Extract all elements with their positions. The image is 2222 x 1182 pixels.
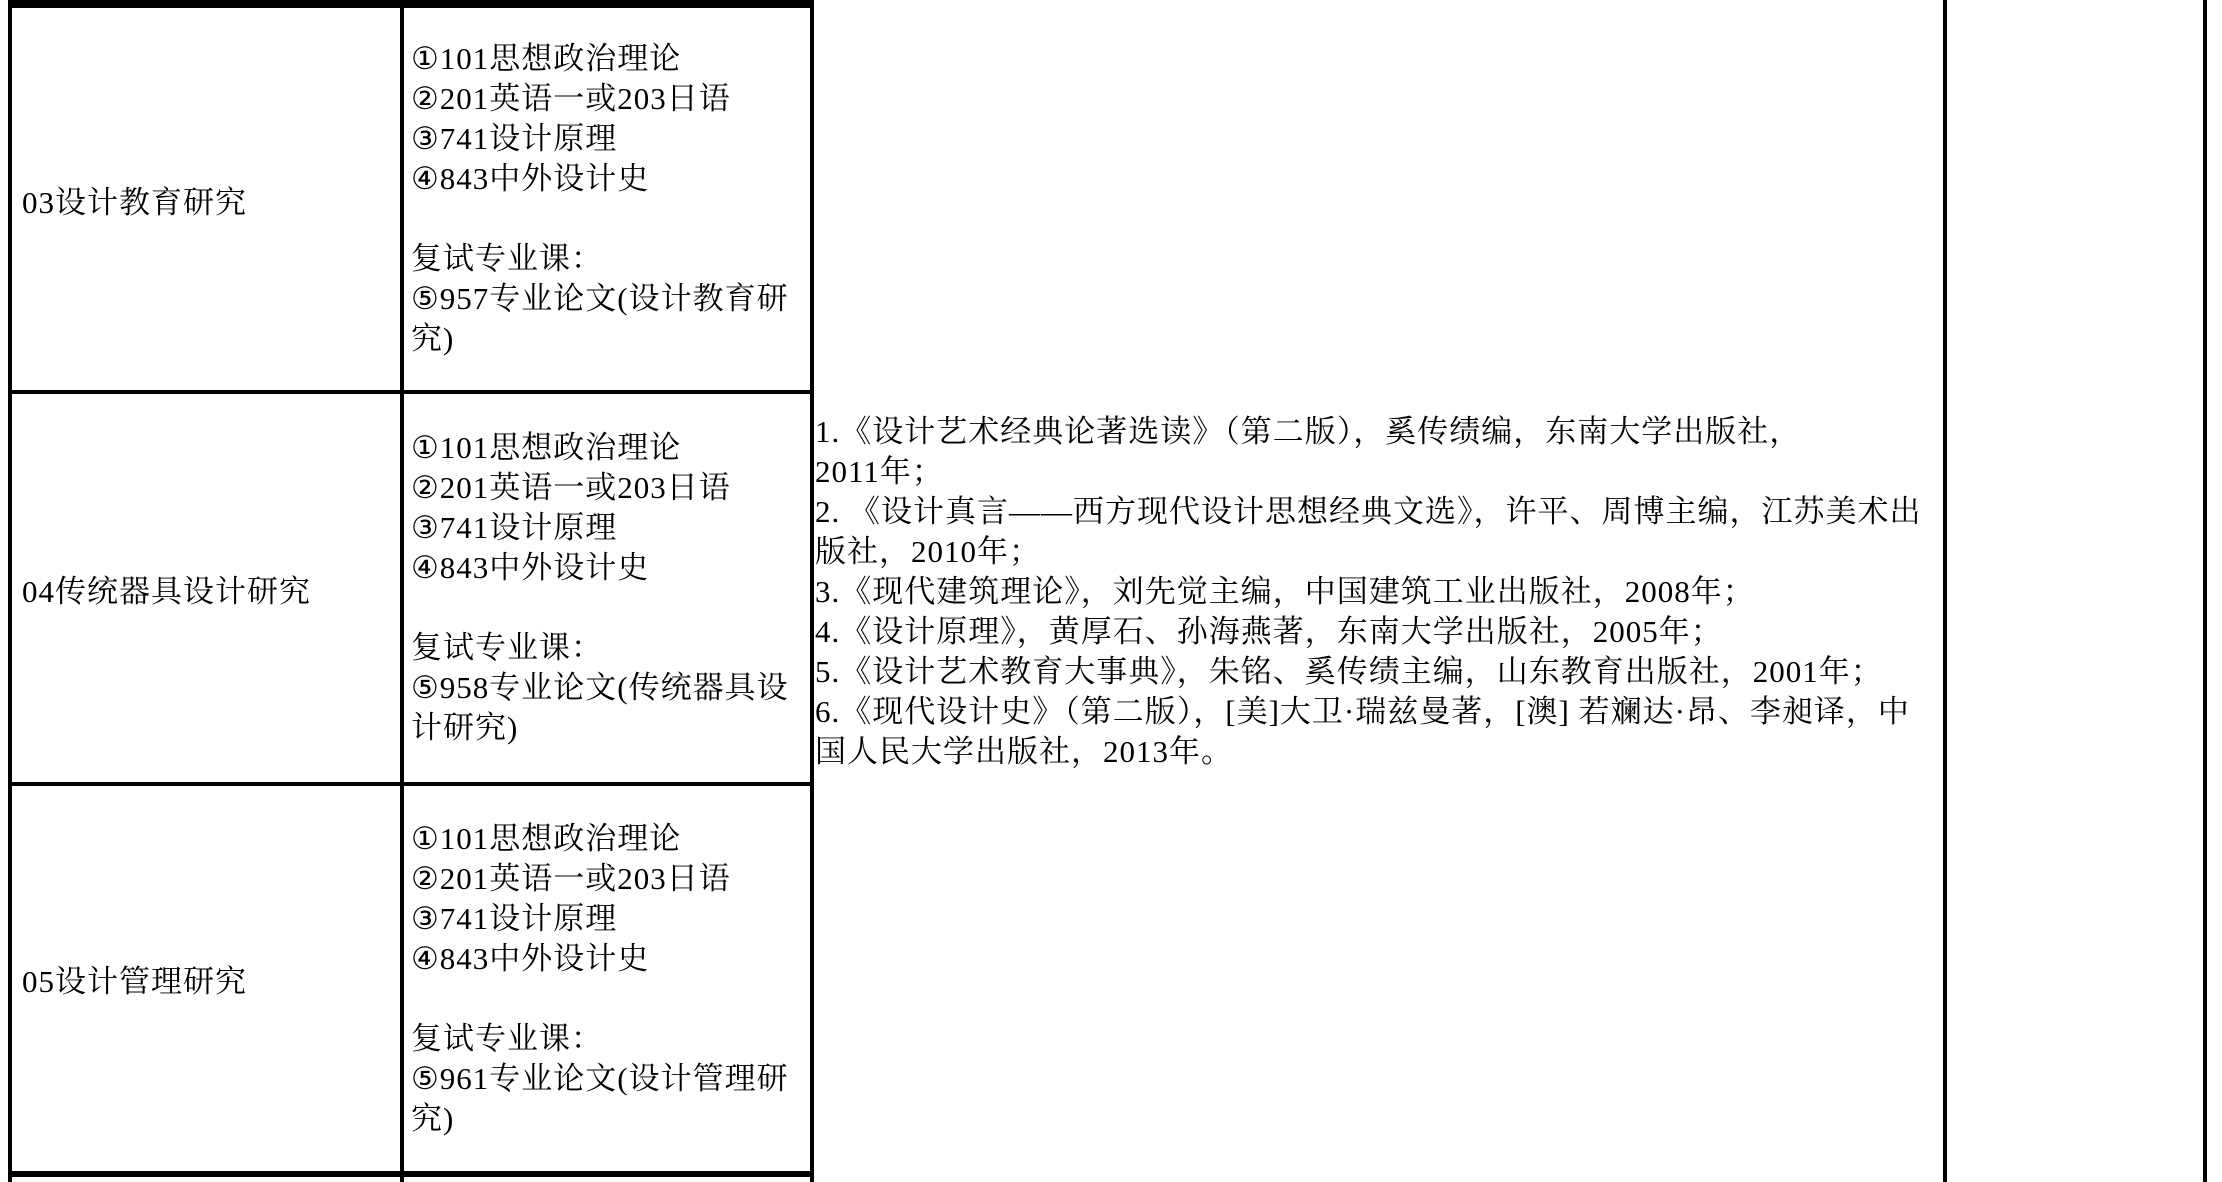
reference-line: 1.《设计艺术经典论著选读》（第二版），奚传绩编，东南大学出版社， bbox=[815, 412, 1939, 452]
reference-line: 国人民大学出版社，2013年。 bbox=[815, 732, 1939, 772]
subject-line: ②201英语一或203日语 bbox=[411, 468, 810, 508]
subject-line: ①101思想政治理论 bbox=[411, 39, 810, 79]
row-divider-top bbox=[8, 0, 814, 8]
reference-line: 3.《现代建筑理论》，刘先觉主编，中国建筑工业出版社，2008年； bbox=[815, 572, 1939, 612]
direction-label-03: 03设计教育研究 bbox=[22, 177, 247, 222]
retest-course-heading: 复试专业课： bbox=[411, 1019, 810, 1059]
subject-line: ③741设计原理 bbox=[411, 119, 810, 159]
direction-cell-03: 03设计教育研究 bbox=[12, 8, 400, 390]
admissions-catalog-table: 03设计教育研究 04传统器具设计研究 05设计管理研究 ①101思想政治理论 … bbox=[0, 0, 2222, 1182]
reference-line: 2011年； bbox=[815, 452, 1939, 492]
subject-line: ①101思想政治理论 bbox=[411, 819, 810, 859]
reference-line: 4.《设计原理》，黄厚石、孙海燕著，东南大学出版社，2005年； bbox=[815, 612, 1939, 652]
references-cell: 1.《设计艺术经典论著选读》（第二版），奚传绩编，东南大学出版社， 2011年；… bbox=[815, 412, 1939, 772]
subject-line-blank bbox=[411, 199, 810, 239]
retest-course-heading: 复试专业课： bbox=[411, 628, 810, 668]
subjects-cell-05: ①101思想政治理论 ②201英语一或203日语 ③741设计原理 ④843中外… bbox=[404, 786, 810, 1171]
table-divider-col2-col3 bbox=[810, 0, 814, 1182]
subject-line: ⑤961专业论文(设计管理研 bbox=[411, 1059, 810, 1099]
direction-cell-05: 05设计管理研究 bbox=[12, 786, 400, 1171]
direction-label-05: 05设计管理研究 bbox=[22, 956, 247, 1001]
direction-cell-04: 04传统器具设计研究 bbox=[12, 394, 400, 782]
retest-course-heading: 复试专业课： bbox=[411, 239, 810, 279]
table-border-right bbox=[2203, 0, 2207, 1182]
subject-line: ⑤957专业论文(设计教育研 bbox=[411, 279, 810, 319]
subject-line-wrap: 计研究) bbox=[411, 708, 810, 748]
subject-line: ④843中外设计史 bbox=[411, 939, 810, 979]
subjects-cell-03: ①101思想政治理论 ②201英语一或203日语 ③741设计原理 ④843中外… bbox=[404, 8, 810, 390]
reference-line: 5.《设计艺术教育大事典》，朱铭、奚传绩主编，山东教育出版社，2001年； bbox=[815, 652, 1939, 692]
direction-label-04: 04传统器具设计研究 bbox=[22, 566, 311, 611]
subject-line: ⑤958专业论文(传统器具设 bbox=[411, 668, 810, 708]
subject-line: ②201英语一或203日语 bbox=[411, 79, 810, 119]
subject-line: ③741设计原理 bbox=[411, 899, 810, 939]
subject-line: ④843中外设计史 bbox=[411, 548, 810, 588]
empty-cell bbox=[1947, 0, 2203, 1182]
reference-line: 2. 《设计真言——西方现代设计思想经典文选》，许平、周博主编，江苏美术出 bbox=[815, 492, 1939, 532]
reference-line: 6.《现代设计史》（第二版），[美]大卫·瑞兹曼著，[澳] 若斓达·昂、李昶译，… bbox=[815, 692, 1939, 732]
subject-line: ①101思想政治理论 bbox=[411, 428, 810, 468]
subject-line-blank bbox=[411, 979, 810, 1019]
subject-line-wrap: 究) bbox=[411, 319, 810, 359]
reference-line: 版社，2010年； bbox=[815, 532, 1939, 572]
row-divider-bottom bbox=[8, 1171, 814, 1177]
subject-line: ③741设计原理 bbox=[411, 508, 810, 548]
subject-line-wrap: 究) bbox=[411, 1099, 810, 1139]
subjects-cell-04: ①101思想政治理论 ②201英语一或203日语 ③741设计原理 ④843中外… bbox=[404, 394, 810, 782]
subject-line: ④843中外设计史 bbox=[411, 159, 810, 199]
subject-line: ②201英语一或203日语 bbox=[411, 859, 810, 899]
subject-line-blank bbox=[411, 588, 810, 628]
